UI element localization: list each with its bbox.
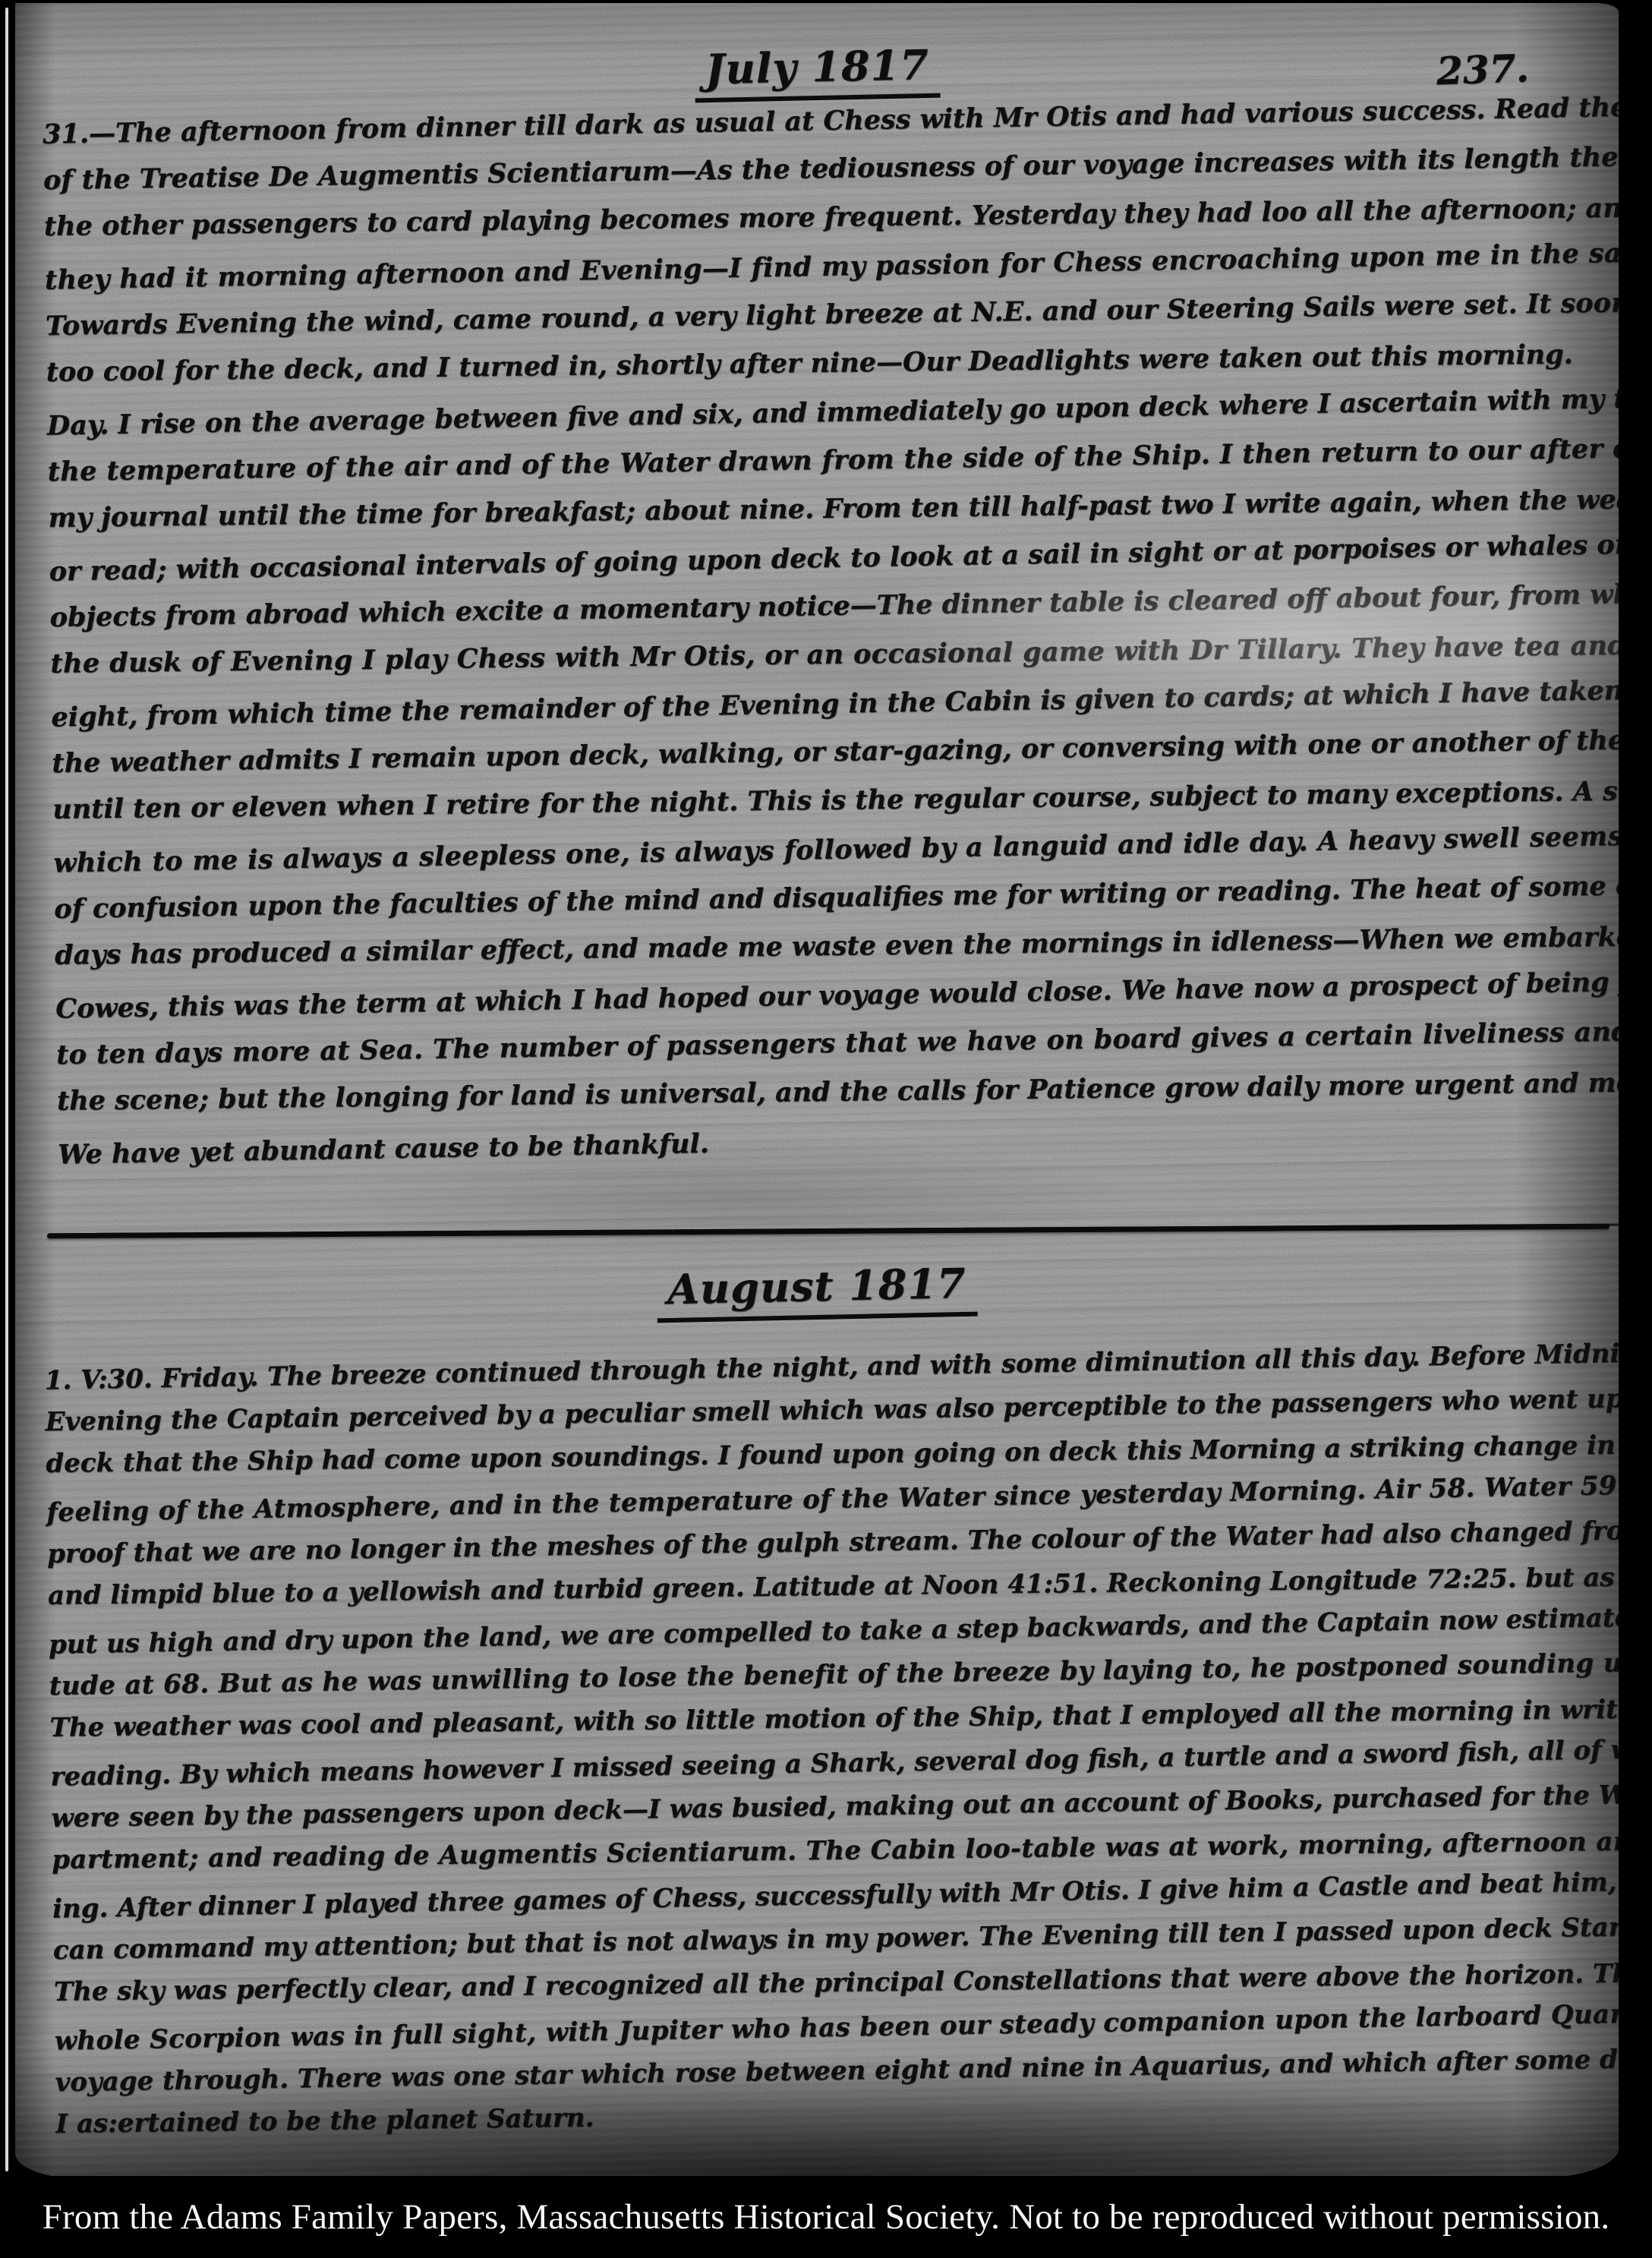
august-heading-text: August 1817 [656,1259,977,1323]
august-entry: 1. V:30. Friday. The breeze continued th… [44,1332,1619,2149]
scanned-diary-page: July 1817 237. 31.—The afternoon from di… [0,0,1652,2258]
july-heading-text: July 1817 [694,40,940,103]
manuscript-paper: July 1817 237. 31.—The afternoon from di… [15,3,1619,2179]
scan-edge-highlight [5,8,8,2171]
august-heading: August 1817 [15,1262,1619,1320]
section-separator-rule [47,1224,1609,1239]
attribution-strip: From the Adams Family Papers, Massachuse… [0,2176,1652,2258]
footer-credit-text: From the Adams Family Papers, Massachuse… [43,2197,1610,2238]
july-entry: 31.—The afternoon from dinner till dark … [43,84,1619,1176]
